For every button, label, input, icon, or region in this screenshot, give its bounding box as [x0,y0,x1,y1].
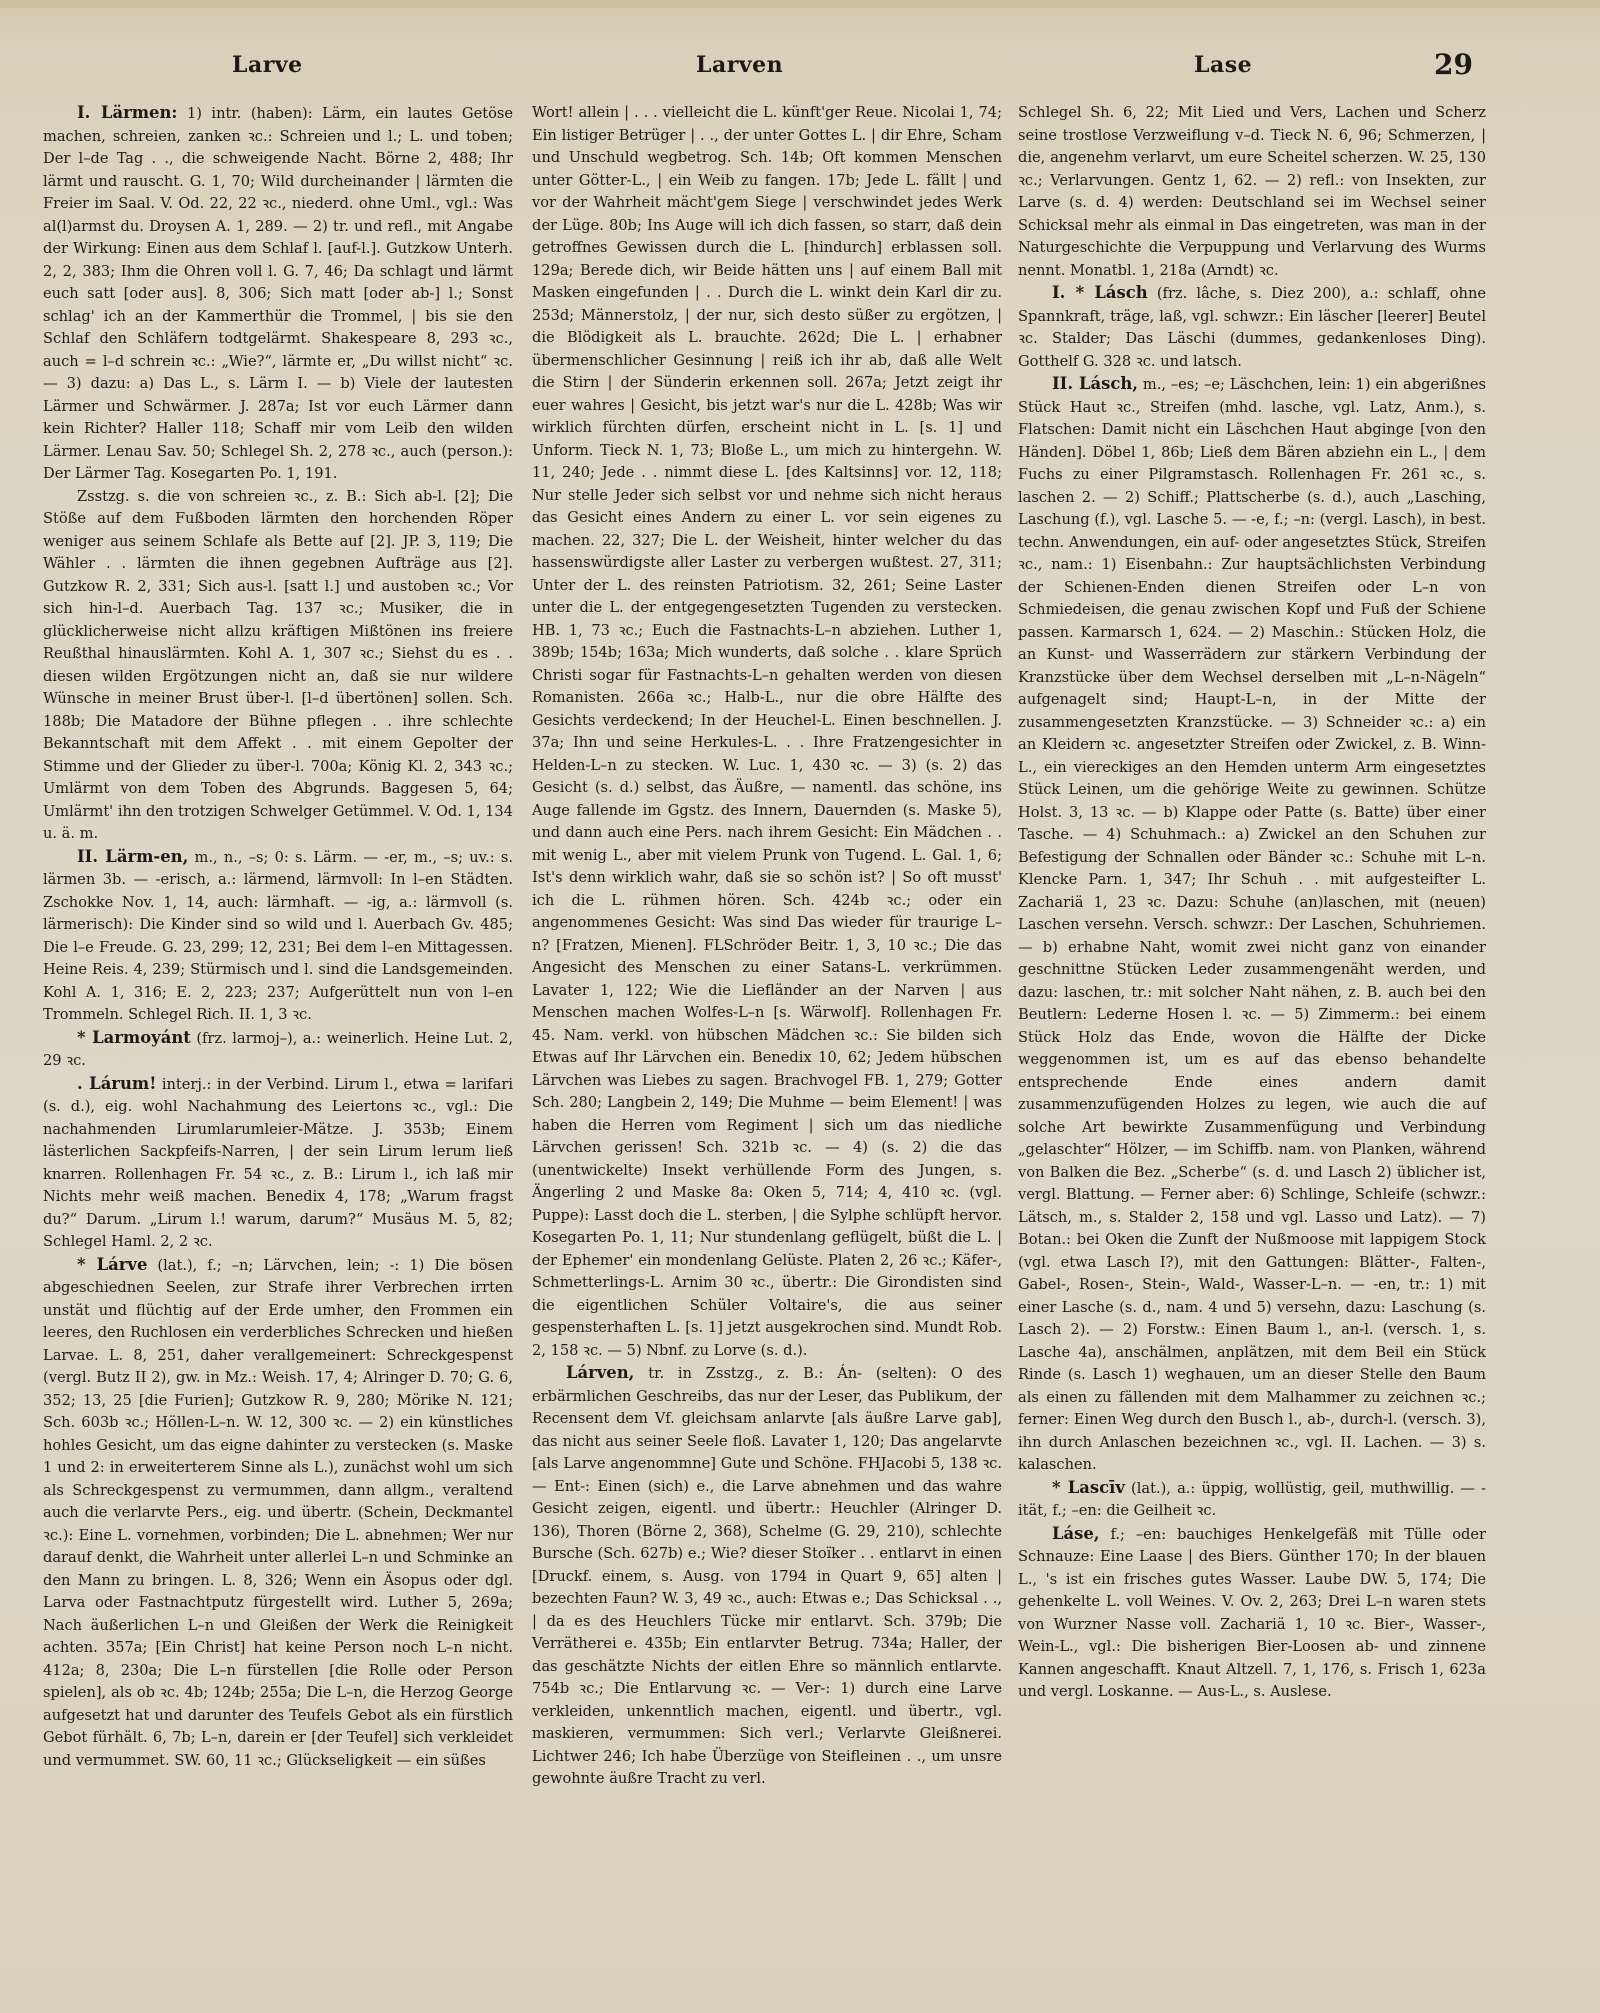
running-head-left: Larve [232,52,303,78]
dictionary-page: Larve Larven Lase 29 I. Lärmen: 1) intr.… [0,0,1600,2013]
dictionary-entry: Lárven, tr. in Zsstzg., z. B.: Án- (selt… [532,1362,1002,1791]
entry-body: 1) intr. (haben): Lärm, ein lautes Getös… [43,105,513,482]
entry-body: interj.: in der Verbind. Lirum l., etwa … [43,1076,513,1251]
running-head-center: Larven [696,52,783,78]
entry-headword: * Larmoyánt [77,1028,191,1047]
entry-headword: I. * Lásch [1052,283,1148,302]
dictionary-entry: II. Lärm-en, m., n., –s; 0: s. Lärm. — -… [43,846,513,1027]
entry-headword: II. Lásch, [1052,374,1138,393]
dictionary-entry: * Larmoyánt (frz. larmoj–), a.: weinerli… [43,1027,513,1073]
entry-body: Wort! allein | . . . vielleicht die L. k… [532,104,1002,1359]
dictionary-entry-continued: Wort! allein | . . . vielleicht die L. k… [532,102,1002,1362]
dictionary-entry: Zsstzg. s. die von schreien ꝛc., z. B.: … [43,486,513,846]
dictionary-entry: I. * Lásch (frz. lâche, s. Diez 200), a.… [1018,282,1486,373]
entry-body: Schlegel Sh. 6, 22; Mit Lied und Vers, L… [1018,104,1486,279]
entry-body: m., n., –s; 0: s. Lärm. — -er, m., –s; u… [43,849,513,1024]
dictionary-entry: * Lascīv (lat.), a.: üppig, wollüstig, g… [1018,1477,1486,1523]
page-number: 29 [1434,48,1473,81]
dictionary-entry: Láse, f.; –en: bauchiges Henkelgefäß mit… [1018,1523,1486,1704]
entry-headword: Láse, [1052,1524,1100,1543]
entry-headword: I. Lärmen: [77,103,177,122]
entry-body: tr. in Zsstzg., z. B.: Án- (selten): O d… [532,1365,1002,1787]
running-head-right: Lase [1194,52,1252,78]
entry-body: m., –es; –e; Läschchen, lein: 1) ein abg… [1018,376,1486,1473]
entry-body: f.; –en: bauchiges Henkelgefäß mit Tülle… [1018,1526,1486,1701]
running-header: Larve Larven Lase 29 [0,52,1600,92]
dictionary-entry: I. Lärmen: 1) intr. (haben): Lärm, ein l… [43,102,513,486]
entry-headword: * Lascīv [1052,1478,1125,1497]
entry-headword: Lárven, [566,1363,634,1382]
entry-body: Zsstzg. s. die von schreien ꝛc., z. B.: … [43,488,513,843]
entry-headword: . Lárum! [77,1074,156,1093]
entry-body: (lat.), f.; –n; Lärvchen, lein; -: 1) Di… [43,1257,513,1769]
dictionary-entry: . Lárum! interj.: in der Verbind. Lirum … [43,1073,513,1254]
entry-headword: II. Lärm-en, [77,847,188,866]
column-left: I. Lärmen: 1) intr. (haben): Lärm, ein l… [43,102,513,1772]
column-middle: Wort! allein | . . . vielleicht die L. k… [532,102,1002,1791]
column-right: Schlegel Sh. 6, 22; Mit Lied und Vers, L… [1018,102,1486,1704]
dictionary-entry: * Lárve (lat.), f.; –n; Lärvchen, lein; … [43,1254,513,1773]
dictionary-entry-continued: Schlegel Sh. 6, 22; Mit Lied und Vers, L… [1018,102,1486,282]
dictionary-entry: II. Lásch, m., –es; –e; Läschchen, lein:… [1018,373,1486,1477]
entry-headword: * Lárve [77,1255,147,1274]
